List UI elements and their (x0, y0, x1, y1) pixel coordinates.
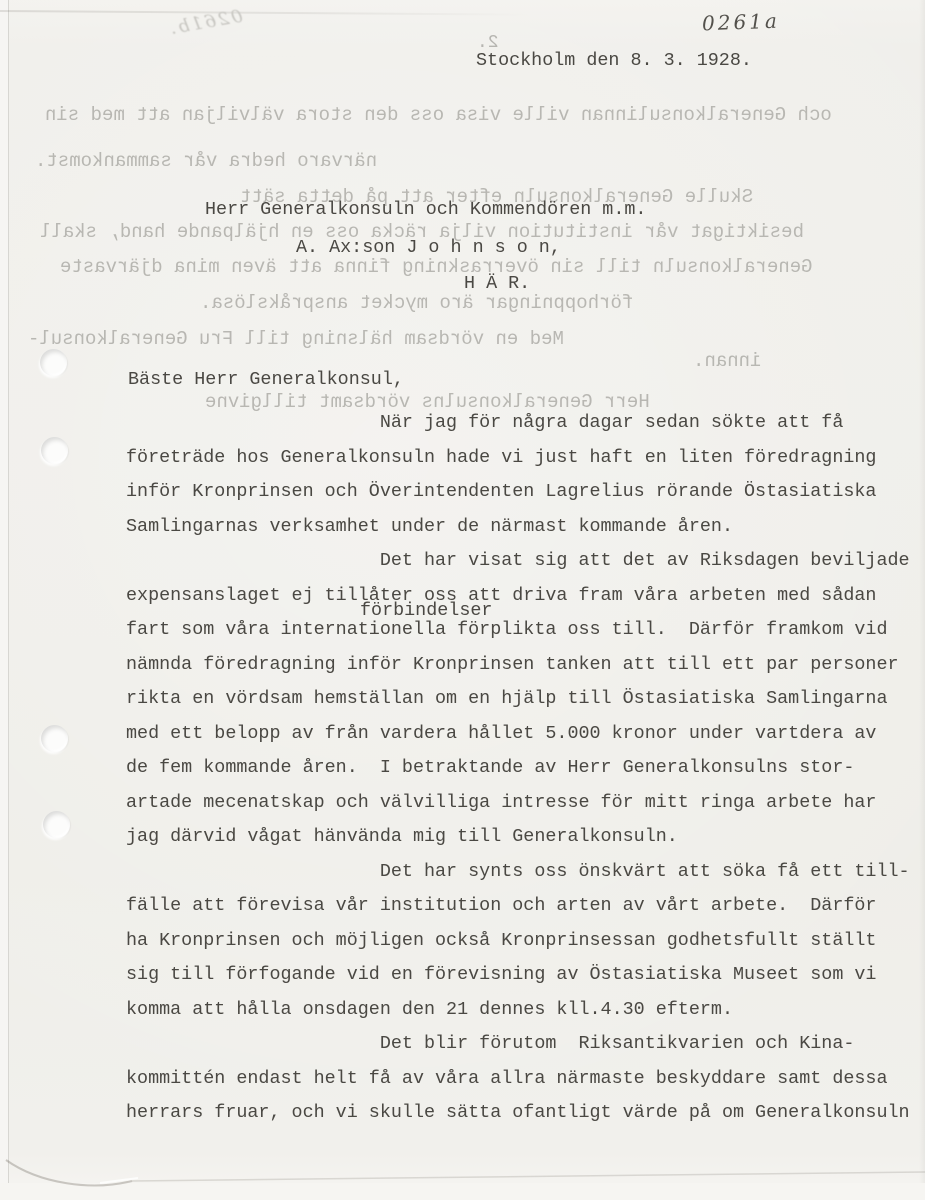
punch-hole (41, 725, 68, 752)
punch-hole (40, 349, 67, 376)
salutation: Bäste Herr Generalkonsul, (128, 369, 404, 390)
page-right-edge (919, 0, 925, 1200)
letter-sheet: och Generalkonsulinnan ville visa oss de… (0, 0, 925, 1200)
recipient-line-3: H Ä R. (464, 273, 530, 294)
punch-hole (41, 437, 68, 464)
dateline: Stockholm den 8. 3. 1928. (476, 50, 752, 71)
page-top-edge (0, 10, 560, 16)
bleed-through-line: innan. (693, 350, 761, 372)
bleed-through-line: förhoppningar äro mycket anspråkslösa. (200, 292, 633, 314)
bleed-through-line: Generalkonsuln till sin överraskning fin… (60, 256, 813, 278)
bleed-through-line: närvaro hedra vår sammankomst. (35, 150, 377, 172)
interlinear-insertion: förbindelser (360, 600, 492, 621)
recipient-line-1: Herr Generalkonsuln och Kommendören m.m. (205, 199, 646, 220)
bleed-through-line: och Generalkonsulinnan ville visa oss de… (45, 104, 832, 126)
recipient-line-2: A. Ax:son J o h n s o n, (296, 237, 561, 258)
page-left-edge (0, 0, 9, 1200)
punch-hole (43, 811, 70, 838)
bleed-through-line: Med en vördsam hälsning till Fru General… (28, 328, 564, 350)
handwritten-number: 0261a (702, 9, 781, 36)
page-bottom-edge (0, 1183, 925, 1200)
letter-body: När jag för några dagar sedan sökte att … (126, 406, 910, 1131)
